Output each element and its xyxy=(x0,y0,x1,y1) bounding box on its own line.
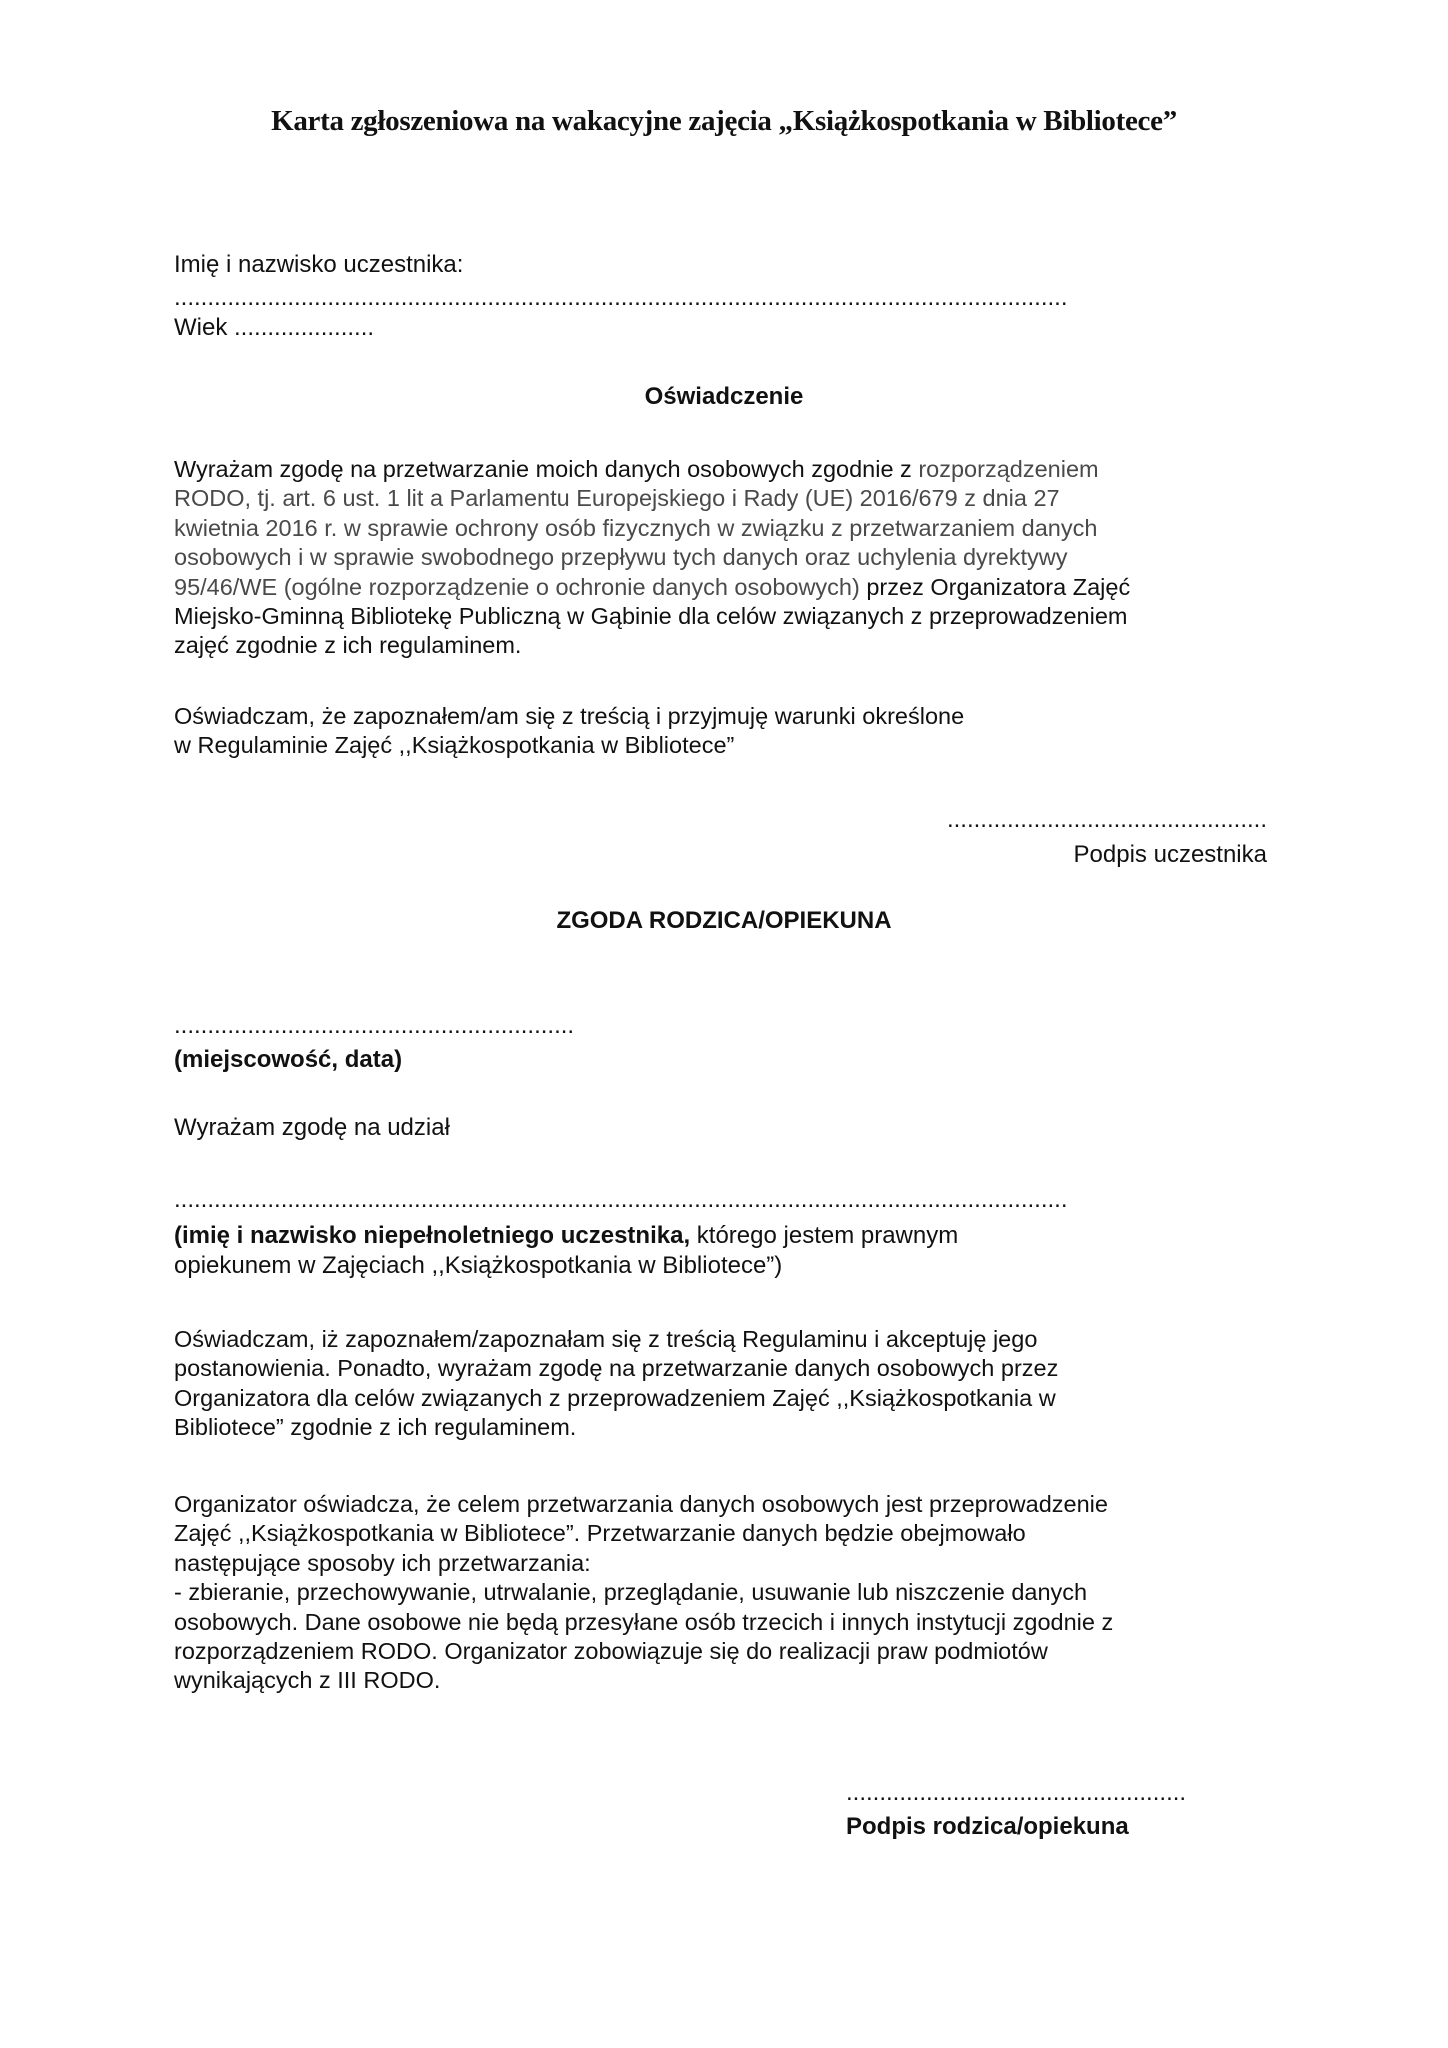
participant-name-field[interactable]: ........................................… xyxy=(174,283,1068,313)
consent-line: Wyrażam zgodę na przetwarzanie moich dan… xyxy=(174,455,1130,484)
consent-line: Miejsko-Gminną Bibliotekę Publiczną w Gą… xyxy=(174,602,1130,631)
document-title: Karta zgłoszeniowa na wakacyjne zajęcia … xyxy=(0,104,1448,138)
consent-line: osobowych i w sprawie swobodnego przepły… xyxy=(174,543,1130,572)
place-date-label: (miejscowość, data) xyxy=(174,1045,402,1075)
acceptance-line: Bibliotece” zgodnie z ich regulaminem. xyxy=(174,1413,1058,1442)
participant-signature-field[interactable]: ........................................… xyxy=(947,805,1267,835)
minor-label-line2: opiekunem w Zajęciach ,,Książkospotkania… xyxy=(174,1251,782,1281)
organizer-line: Zajęć ,,Książkospotkania w Bibliotece”. … xyxy=(174,1519,1113,1548)
consent-line: zajęć zgodnie z ich regulaminem. xyxy=(174,631,1130,660)
consent-gray-text: 95/46/WE (ogólne rozporządzenie o ochron… xyxy=(174,574,860,600)
acceptance-line: postanowienia. Ponadto, wyrażam zgodę na… xyxy=(174,1354,1058,1383)
rules-line: w Regulaminie Zajęć ,,Książkospotkania w… xyxy=(174,731,964,760)
rules-line: Oświadczam, że zapoznałem/am się z treśc… xyxy=(174,702,964,731)
participant-age-field[interactable]: ..................... xyxy=(234,314,374,341)
consent-intro: Wyrażam zgodę na udział xyxy=(174,1113,450,1143)
consent-line: 95/46/WE (ogólne rozporządzenie o ochron… xyxy=(174,573,1130,602)
parent-signature-label: Podpis rodzica/opiekuna xyxy=(846,1812,1129,1842)
consent-gray-text: osobowych i w sprawie swobodnego przepły… xyxy=(174,544,1067,570)
parent-signature-field[interactable]: ........................................… xyxy=(846,1778,1186,1808)
consent-line: RODO, tj. art. 6 ust. 1 lit a Parlamentu… xyxy=(174,484,1130,513)
minor-name-field[interactable]: ........................................… xyxy=(174,1185,1068,1215)
organizer-line: następujące sposoby ich przetwarzania: xyxy=(174,1549,1113,1578)
organizer-paragraph: Organizator oświadcza, że celem przetwar… xyxy=(174,1490,1113,1696)
participant-name-label: Imię i nazwisko uczestnika: xyxy=(174,250,463,280)
organizer-line: - zbieranie, przechowywanie, utrwalanie,… xyxy=(174,1578,1113,1607)
place-date-field[interactable]: ........................................… xyxy=(174,1011,574,1041)
acceptance-line: Organizatora dla celów związanych z prze… xyxy=(174,1384,1058,1413)
organizer-line: osobowych. Dane osobowe nie będą przesył… xyxy=(174,1608,1113,1637)
consent-text: przez Organizatora Zajęć xyxy=(860,574,1130,600)
participant-age-row: Wiek ..................... xyxy=(174,313,374,343)
rules-paragraph: Oświadczam, że zapoznałem/am się z treśc… xyxy=(174,702,964,761)
consent-text: zajęć zgodnie z ich regulaminem. xyxy=(174,632,521,658)
acceptance-line: Oświadczam, iż zapoznałem/zapoznałam się… xyxy=(174,1325,1058,1354)
organizer-line: Organizator oświadcza, że celem przetwar… xyxy=(174,1490,1113,1519)
parent-consent-heading: ZGODA RODZICA/OPIEKUNA xyxy=(0,906,1448,936)
participant-signature-label: Podpis uczestnika xyxy=(1074,840,1267,870)
consent-text: Wyrażam zgodę na przetwarzanie moich dan… xyxy=(174,456,918,482)
minor-label-rest: którego jestem prawnym xyxy=(690,1222,958,1249)
consent-text: Miejsko-Gminną Bibliotekę Publiczną w Gą… xyxy=(174,603,1128,629)
participant-age-label: Wiek xyxy=(174,314,227,341)
organizer-line: rozporządzeniem RODO. Organizator zobowi… xyxy=(174,1637,1113,1666)
consent-line: kwietnia 2016 r. w sprawie ochrony osób … xyxy=(174,514,1130,543)
consent-gray-text: rozporządzeniem xyxy=(918,456,1098,482)
minor-label-bold: (imię i nazwisko niepełnoletniego uczest… xyxy=(174,1222,690,1249)
document-page: Karta zgłoszeniowa na wakacyjne zajęcia … xyxy=(0,0,1448,2048)
statement-heading: Oświadczenie xyxy=(0,382,1448,412)
consent-paragraph: Wyrażam zgodę na przetwarzanie moich dan… xyxy=(174,455,1130,661)
minor-label: (imię i nazwisko niepełnoletniego uczest… xyxy=(174,1221,958,1251)
consent-gray-text: kwietnia 2016 r. w sprawie ochrony osób … xyxy=(174,515,1097,541)
organizer-line: wynikających z III RODO. xyxy=(174,1666,1113,1695)
acceptance-paragraph: Oświadczam, iż zapoznałem/zapoznałam się… xyxy=(174,1325,1058,1443)
consent-gray-text: RODO, tj. art. 6 ust. 1 lit a Parlamentu… xyxy=(174,485,1060,511)
